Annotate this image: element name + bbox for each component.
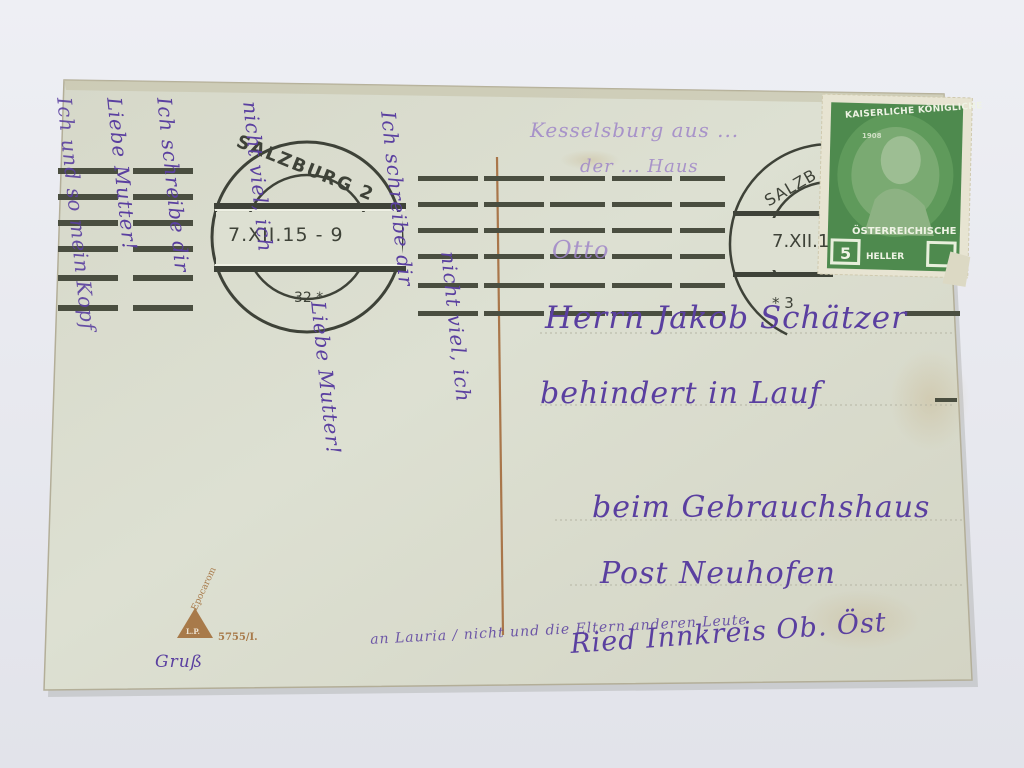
stamp-currency: HELLER [866,252,904,262]
postcard: SALZBURG 2 7.XII.15 - 9 32 * SALZB 7.XII… [0,0,1024,768]
address-line-4: Post Neuhofen [600,556,836,591]
faded-line-1: Kesselsburg aus ... [530,118,739,142]
publisher-logo-text: L.P. [186,627,200,636]
address-line-1: Herrn Jakob Schätzer [545,300,907,336]
faded-line-3: Otto [552,236,609,264]
stamp-denomination: 5 [840,244,851,263]
stamp-year: 1908 [862,132,881,140]
postmark-date: 7.XII.15 - 9 [228,224,344,246]
message-greeting: Gruß [155,652,203,672]
postmark2-date: 7.XII.1 [772,231,829,252]
stamp-bottom-text: ÖSTERREICHISCHE [852,226,956,237]
faded-line-2: der ... Haus [580,156,699,177]
address-line-2: behindert in Lauf [540,376,822,411]
address-line-3: beim Gebrauchshaus [592,490,930,525]
publisher-number: 5755/I. [218,632,258,643]
